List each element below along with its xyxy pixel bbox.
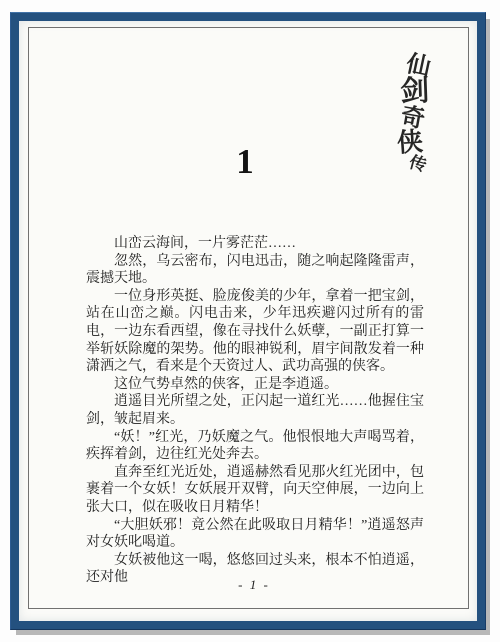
paragraph: 一位身形英挺、脸庞俊美的少年，拿着一把宝剑，站在山峦之巅。闪电击来，少年迅疾避闪… [86,288,424,376]
scanned-book-page: 仙剑奇侠传 1 山峦云海间，一片雾茫茫……忽然，乌云密布，闪电迅击，随之响起隆隆… [0,0,500,642]
page-number: - 1 - [86,577,422,593]
calligraphy-char: 剑 [396,75,427,105]
paragraph: 直奔至红光近处，逍遥赫然看见那火红光团中，包裹着一个女妖！女妖展开双臂，向天空伸… [86,464,424,517]
calligraphy-char: 奇 [394,102,423,130]
body-text: 山峦云海间，一片雾茫茫……忽然，乌云密布，闪电迅击，随之响起隆隆雷声，震撼天地。… [86,235,424,587]
calligraphy-char: 仙 [400,49,430,78]
paper-page: 仙剑奇侠传 1 山峦云海间，一片雾茫茫……忽然，乌云密布，闪电迅击，随之响起隆隆… [19,21,477,621]
chapter-number: 1 [86,143,422,182]
paragraph: “大胆妖邪！竟公然在此吸取日月精华！”逍遥怒声对女妖叱喝道。 [86,517,424,552]
cover-frame-border: 仙剑奇侠传 1 山峦云海间，一片雾茫茫……忽然，乌云密布，闪电迅击，随之响起隆隆… [10,12,486,630]
paragraph: 这位气势卓然的侠客，正是李逍遥。 [86,376,424,394]
paragraph: “妖！”红光，乃妖魔之气。他恨恨地大声喝骂着，疾挥着剑，边往红光处奔去。 [86,429,424,464]
paragraph: 忽然，乌云密布，闪电迅击，随之响起隆隆雷声，震撼天地。 [86,253,424,288]
paragraph: 逍遥目光所望之处，正闪起一道红光……他握住宝剑，皱起眉来。 [86,393,424,428]
paragraph: 山峦云海间，一片雾茫茫…… [86,235,424,253]
